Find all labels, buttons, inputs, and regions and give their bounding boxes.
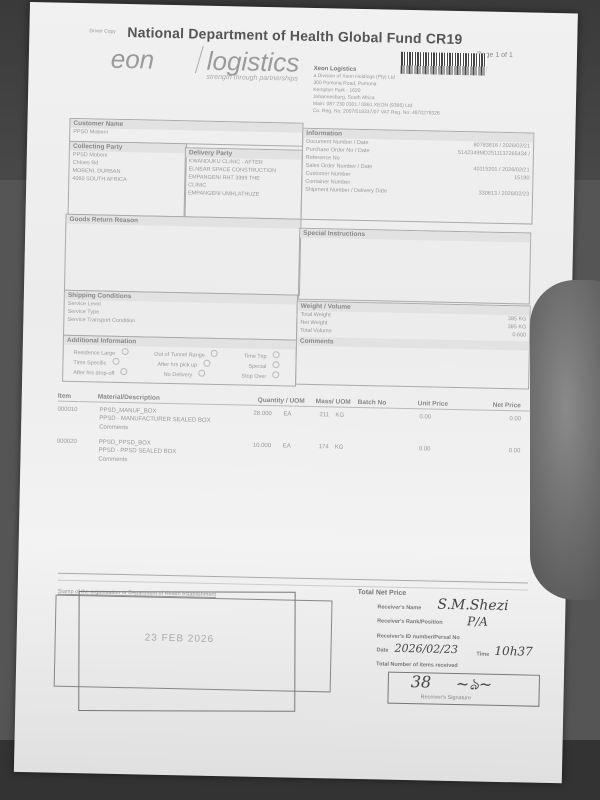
radio-icon [211, 350, 218, 357]
logo-tagline: strength through partnerships [206, 74, 298, 83]
information-box: Information Document Number / Date807836… [300, 128, 534, 225]
shipping-conditions-box: Shipping Conditions Service Level Servic… [63, 290, 298, 341]
receiver-rank-label: Receiver's Rank/Position [377, 618, 443, 625]
col-unit-price: Unit Price [418, 400, 448, 408]
address-line: Kempton Park - 1620 [313, 87, 360, 94]
total-divider [58, 573, 528, 591]
company-name: Xeon Logistics [314, 66, 357, 73]
material-code: PPSD_MANUF_BOX [99, 408, 156, 415]
radio-icon [121, 348, 128, 355]
address-line: Johannesburg, South Africa [313, 94, 375, 101]
item-number: 000020 [57, 439, 77, 445]
special-instructions-box: Special Instructions [298, 228, 531, 305]
copy-note: Driver Copy [89, 28, 116, 35]
address-line: Co. Reg. No: 2007/018337/07 VAT Reg. No:… [313, 108, 440, 117]
item-number: 000010 [57, 407, 77, 413]
unit-price: 0.00 [419, 446, 431, 452]
radio-icon [273, 351, 280, 358]
info-value: 15190 [514, 174, 529, 182]
uom: EA [283, 443, 291, 449]
goods-return-box: Goods Return Reason [64, 214, 302, 296]
delivery-party-box: Delivery Party KWANDUKU CLINIC - AFTER E… [184, 147, 303, 219]
delivery-note-document: Driver Copy National Department of Healt… [14, 2, 578, 783]
weight-value: 0.600 [512, 331, 526, 339]
date-label: Date [376, 647, 388, 653]
additional-option: Stop Over [241, 371, 285, 382]
mass-uom: KG [335, 444, 344, 450]
weight-value: 385 KG [508, 323, 527, 331]
radio-icon [198, 370, 205, 377]
uom: EA [283, 411, 291, 417]
col-net-price: Net Price [493, 402, 521, 410]
radio-icon [120, 368, 127, 375]
additional-information-box: Additional Information Residence LargeOu… [62, 335, 297, 387]
material-description: PPSD - PPSD SEALED BOX [99, 448, 177, 456]
total-net-price-label: Total Net Price [358, 589, 407, 597]
info-key: Shipment Number / Delivery Date [305, 186, 387, 196]
receiver-id-label: Receiver's ID number/Persal No [377, 633, 460, 641]
items-received-label: Total Number of items received [376, 661, 458, 669]
mass: 174 [319, 444, 329, 450]
document-title: National Department of Health Global Fun… [127, 24, 462, 47]
collecting-party-box: Collecting Party PPSD Mobeni Chloes Rd M… [68, 141, 188, 217]
col-mass: Mass/ UOM [316, 398, 351, 406]
mass-uom: KG [335, 412, 344, 418]
logo-separator [195, 46, 204, 73]
radio-icon [272, 371, 279, 378]
time-label: Time [476, 651, 489, 657]
col-quantity: Quantity / UOM [258, 397, 305, 405]
items-received-handwritten: 38 [411, 672, 432, 691]
item-comments: Comments [98, 457, 127, 464]
receiver-rank-handwritten: P/A [467, 614, 488, 628]
receiver-name-handwritten: S.M.Shezi [437, 597, 508, 614]
special-instructions-label: Special Instructions [300, 229, 530, 243]
info-value: 330613 / 2026/02/23 [479, 189, 530, 198]
official-stamp [78, 591, 295, 712]
col-material: Material/Description [98, 394, 160, 402]
material-description: PPSD - MANUFACTURER SEALED BOX [99, 416, 210, 424]
weight-key: Total Volume [300, 327, 332, 336]
col-batch: Batch No [358, 399, 387, 407]
additional-option: After hrs drop-off [73, 367, 133, 378]
holding-hand [530, 280, 600, 600]
collecting-line: 4060 SOUTH AFRICA [72, 175, 185, 185]
net-price: 0.00 [509, 448, 521, 454]
receiver-name-label: Receiver's Name [377, 604, 421, 611]
item-comments: Comments [99, 425, 128, 432]
unit-price: 0.00 [419, 414, 431, 420]
stamp-date: 23 FEB 2026 [145, 633, 215, 645]
delivery-line: EMPANGENI UMHLATHUZE [188, 189, 301, 199]
col-item: Item [58, 393, 72, 400]
net-price: 0.00 [509, 416, 521, 422]
radio-icon [272, 361, 279, 368]
mass: 211 [319, 412, 329, 418]
receiver-signature-label: Receiver's Signature [420, 694, 471, 701]
quantity: 28.000 [253, 411, 271, 417]
radio-icon [203, 360, 210, 367]
info-value: 40115201 / 2026/02/21 [473, 165, 529, 174]
additional-option: No Delivery [164, 369, 212, 380]
logo-eon: eon [110, 44, 154, 76]
info-value: 5142349MD2511137265434 / [458, 149, 530, 159]
weight-volume-box: Weight / Volume Total Weight385 KGNet We… [295, 301, 531, 390]
company-address: Xeon Logistics a Division of Xeon Holdin… [313, 66, 441, 118]
quantity: 10.000 [253, 443, 271, 449]
radio-icon [112, 358, 119, 365]
material-code: PPSD_PPSD_BOX [99, 440, 151, 447]
date-handwritten: 2026/02/23 [394, 642, 458, 656]
time-handwritten: 10h37 [494, 644, 533, 659]
